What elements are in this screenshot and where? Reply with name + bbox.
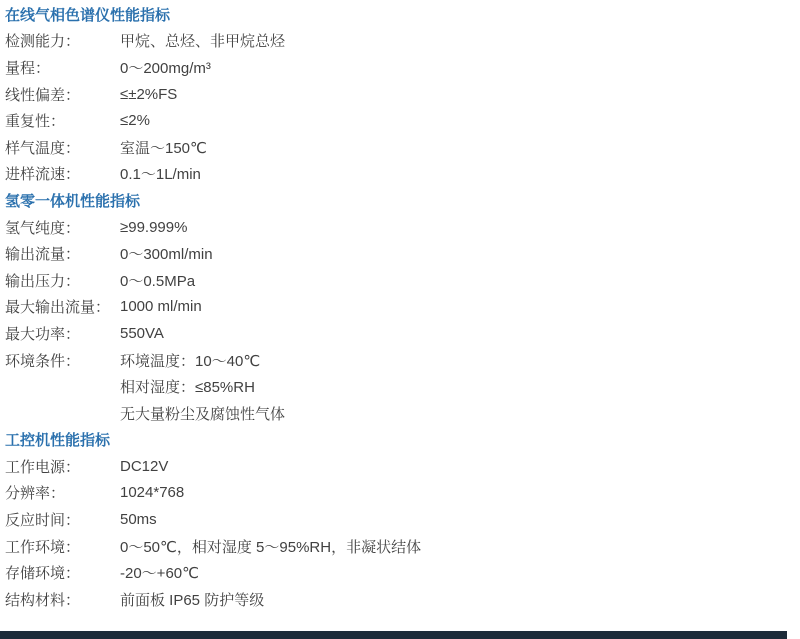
spec-label: 线性偏差：: [5, 84, 120, 105]
spec-label: 分辨率：: [5, 482, 120, 503]
spec-label: 工作环境：: [5, 536, 120, 557]
spec-label: 输出压力：: [5, 270, 120, 291]
spec-label: 结构材料：: [5, 589, 120, 610]
spec-value: 550VA: [120, 325, 800, 342]
spec-row: 反应时间： 50ms: [0, 506, 800, 533]
footer-bar: [0, 631, 787, 639]
spec-label: 进样流速：: [5, 163, 120, 184]
spec-row: 最大功率： 550VA: [0, 320, 800, 347]
spec-row: 输出流量： 0～300ml/min: [0, 240, 800, 267]
spec-row: 线性偏差： ≤±2%FS: [0, 81, 800, 108]
spec-row: 存储环境： -20～+60℃: [0, 559, 800, 586]
spec-row: 样气温度： 室温～150℃: [0, 134, 800, 161]
spec-row: 结构材料： 前面板 IP65 防护等级: [0, 586, 800, 613]
spec-value: 0～0.5MPa: [120, 270, 800, 291]
spec-label: 环境条件：: [5, 350, 120, 371]
spec-value: ≤2%: [120, 112, 800, 129]
spec-value: 50ms: [120, 511, 800, 528]
spec-value: 1000 ml/min: [120, 298, 800, 315]
spec-value: 0～300ml/min: [120, 243, 800, 264]
spec-value: 相对湿度：≤85%RH: [120, 376, 800, 397]
spec-label: 检测能力：: [5, 30, 120, 51]
spec-row: 输出压力： 0～0.5MPa: [0, 267, 800, 294]
spec-value: 前面板 IP65 防护等级: [120, 589, 800, 610]
spec-value: DC12V: [120, 458, 800, 475]
spec-row: 工作电源： DC12V: [0, 453, 800, 480]
spec-sheet: 在线气相色谱仪性能指标 检测能力： 甲烷、总烃、非甲烷总烃 量程： 0～200m…: [0, 0, 800, 613]
spec-row: 工作环境： 0～50℃，相对湿度 5～95%RH，非凝状结体: [0, 533, 800, 560]
spec-label: 反应时间：: [5, 509, 120, 530]
spec-row: 检测能力： 甲烷、总烃、非甲烷总烃: [0, 28, 800, 55]
spec-label: 重复性：: [5, 110, 120, 131]
section-title-gc: 在线气相色谱仪性能指标: [0, 1, 800, 28]
spec-label: 最大功率：: [5, 323, 120, 344]
spec-value: 环境温度：10～40℃: [120, 350, 800, 371]
spec-value: ≤±2%FS: [120, 86, 800, 103]
spec-row: 重复性： ≤2%: [0, 107, 800, 134]
spec-label: 量程：: [5, 57, 120, 78]
spec-label: 存储环境：: [5, 562, 120, 583]
spec-row: 环境条件： 环境温度：10～40℃: [0, 347, 800, 374]
spec-row: 氢气纯度： ≥99.999%: [0, 214, 800, 241]
spec-value: -20～+60℃: [120, 562, 800, 583]
spec-value: 室温～150℃: [120, 137, 800, 158]
spec-row-continuation: 无大量粉尘及腐蚀性气体: [0, 400, 800, 427]
spec-value: 无大量粉尘及腐蚀性气体: [120, 403, 800, 424]
spec-row: 分辨率： 1024*768: [0, 480, 800, 507]
section-title-hydrogen-unit: 氢零一体机性能指标: [0, 187, 800, 214]
spec-value: 1024*768: [120, 484, 800, 501]
spec-row-continuation: 相对湿度：≤85%RH: [0, 373, 800, 400]
spec-label: 样气温度：: [5, 137, 120, 158]
spec-label: 输出流量：: [5, 243, 120, 264]
spec-row: 量程： 0～200mg/m³: [0, 54, 800, 81]
spec-value: 0～200mg/m³: [120, 57, 800, 78]
spec-label: 氢气纯度：: [5, 217, 120, 238]
spec-value: 0～50℃，相对湿度 5～95%RH，非凝状结体: [120, 536, 800, 557]
section-title-ipc: 工控机性能指标: [0, 427, 800, 454]
spec-label: 工作电源：: [5, 456, 120, 477]
spec-value: 甲烷、总烃、非甲烷总烃: [120, 30, 800, 51]
spec-row: 进样流速： 0.1～1L/min: [0, 161, 800, 188]
spec-row: 最大输出流量： 1000 ml/min: [0, 294, 800, 321]
spec-value: ≥99.999%: [120, 219, 800, 236]
spec-label: 最大输出流量：: [5, 296, 120, 317]
spec-value: 0.1～1L/min: [120, 163, 800, 184]
